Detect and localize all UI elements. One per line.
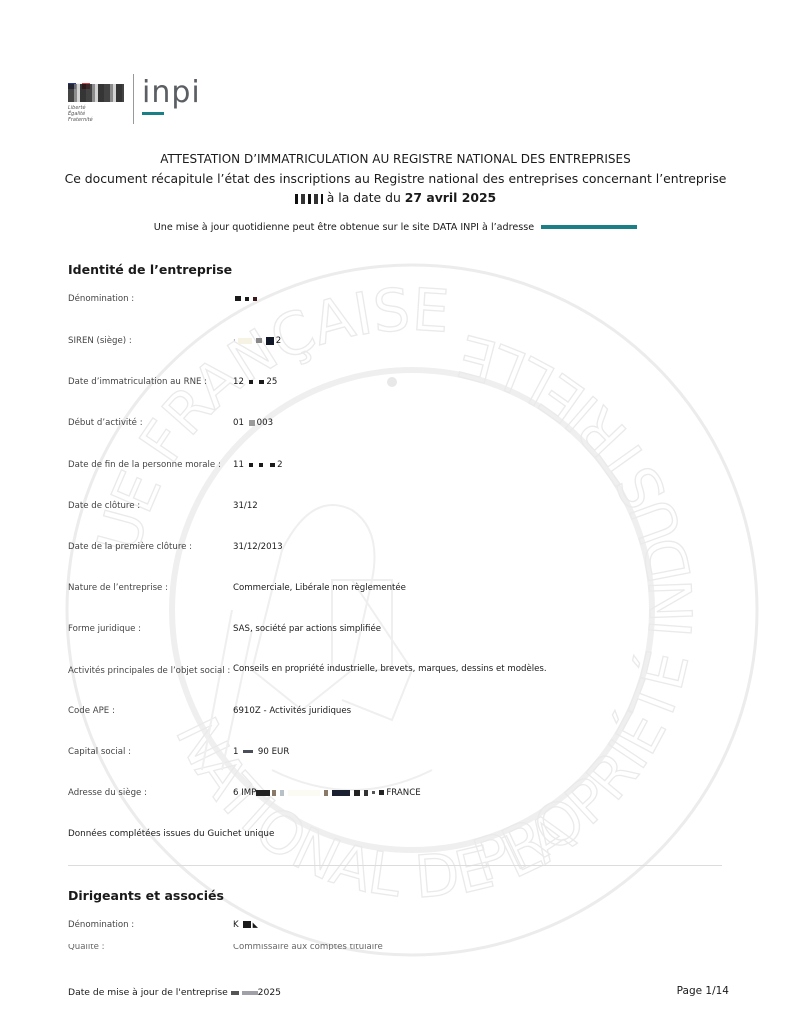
footer-update-date: Date de mise à jour de l'entreprise 2025: [68, 987, 281, 998]
redacted-value: K◣: [233, 920, 258, 930]
inpi-logo: inpi: [142, 78, 201, 108]
redacted-value: 12 25: [233, 377, 277, 387]
header-logos: Liberté Égalité Fraternité inpi: [66, 72, 216, 128]
redacted-value: 1 90 EUR: [233, 747, 289, 757]
redacted-value: 6 IMPFRANCE: [233, 788, 421, 798]
inpi-logo-accent: [142, 112, 164, 115]
section-divider: [68, 865, 722, 866]
redacted-value: 11 2: [233, 460, 283, 470]
redacted-value: [233, 294, 259, 304]
document-subtitle-date: à la date du 27 avril 2025: [0, 190, 791, 205]
document-page: UE FRANÇAISE PROPRIÉTÉ INDUSTRIELLE NATI…: [0, 0, 791, 1024]
flag-icon: [68, 74, 94, 80]
page-number: Page 1/14: [677, 985, 729, 997]
redacted-logo-text: [68, 84, 124, 102]
redacted-value: ·2: [233, 336, 281, 346]
section-heading-identity: Identité de l’entreprise: [68, 262, 232, 277]
document-title: ATTESTATION D’IMMATRICULATION AU REGISTR…: [0, 152, 791, 166]
update-notice: Une mise à jour quotidienne peut être ob…: [0, 222, 791, 233]
inpi-seal-watermark: UE FRANÇAISE PROPRIÉTÉ INDUSTRIELLE NATI…: [52, 250, 772, 970]
data-inpi-link[interactable]: [541, 225, 637, 229]
document-subtitle: Ce document récapitule l’état des inscri…: [0, 171, 791, 186]
section-heading-directors: Dirigeants et associés: [68, 888, 224, 903]
data-source-note: Données complétées issues du Guichet uni…: [68, 829, 274, 839]
attestation-date: 27 avril 2025: [405, 190, 496, 205]
svg-text:NATIONAL DE LA: NATIONAL DE LA: [162, 707, 586, 912]
republique-francaise-logo: Liberté Égalité Fraternité: [66, 72, 128, 128]
redacted-company-name: [295, 194, 323, 204]
devise: Liberté Égalité Fraternité: [68, 105, 93, 123]
director-row-qualite-clipped: Qualité : Commissaire aux comptes titula…: [68, 944, 728, 950]
svg-text:PROPRIÉTÉ INDUSTRIELLE: PROPRIÉTÉ INDUSTRIELLE: [451, 321, 706, 895]
redacted-value: 01 003: [233, 418, 273, 428]
logo-divider: [133, 74, 134, 124]
